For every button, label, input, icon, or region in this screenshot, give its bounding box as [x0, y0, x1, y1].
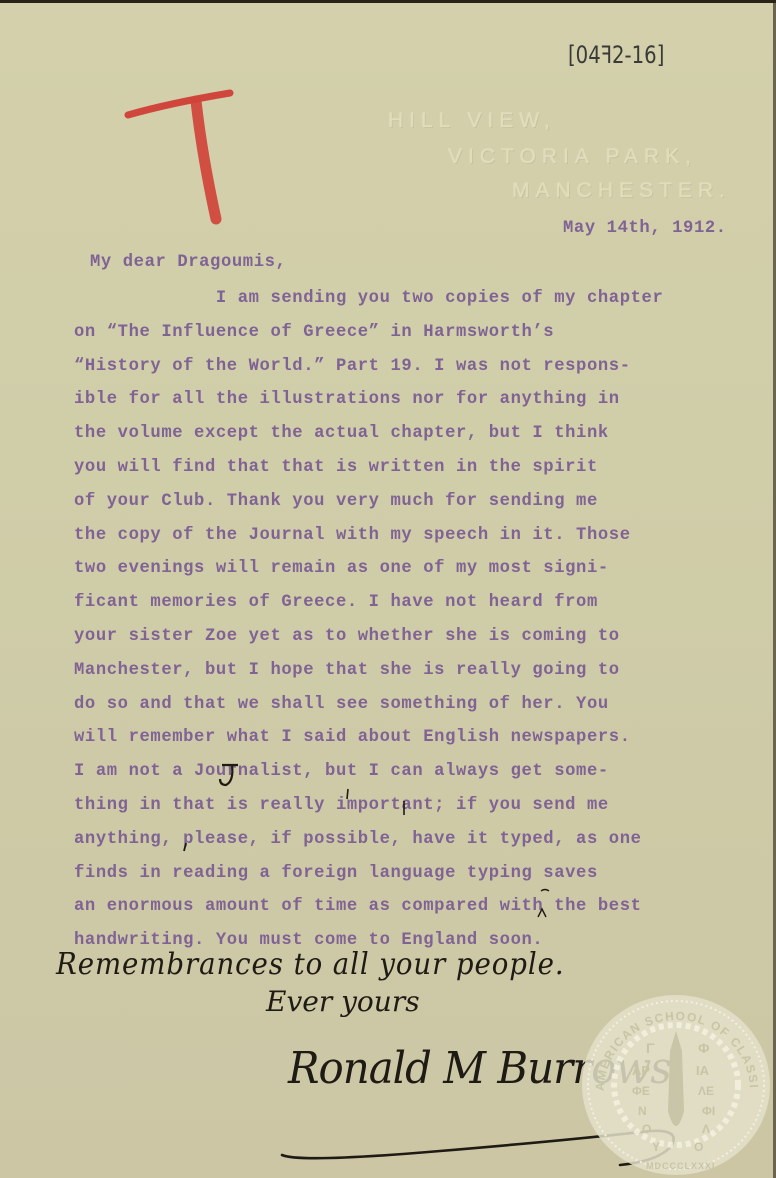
body-line: an enormous amount of time as compared w…: [74, 895, 663, 929]
body-line: finds in reading a foreign language typi…: [74, 862, 663, 896]
letterhead-line-1: HILL VIEW,: [388, 109, 556, 133]
svg-text:Ν: Ν: [638, 1104, 647, 1118]
salutation: My dear Dragoumis,: [90, 253, 286, 272]
svg-text:ΑΡ: ΑΡ: [632, 1063, 650, 1078]
svg-text:ΙΑ: ΙΑ: [696, 1063, 710, 1078]
archive-reference: [04ꟻ2-16]: [568, 41, 664, 69]
body-line: do so and that we shall see something of…: [74, 693, 663, 727]
red-pencil-t-mark: [120, 85, 240, 235]
svg-text:Λ: Λ: [702, 1122, 710, 1136]
svg-text:Φ: Φ: [698, 1040, 710, 1056]
body-line: thing in that is really important; if yo…: [74, 794, 663, 828]
body-line: ficant memories of Greece. I have not he…: [74, 591, 663, 625]
body-line: will remember what I said about English …: [74, 726, 663, 760]
handwritten-remembrance: Remembrances to all your people.: [56, 947, 565, 982]
svg-text:Ο: Ο: [694, 1140, 703, 1154]
svg-text:MDCCCLXXXI: MDCCCLXXXI: [646, 1161, 716, 1171]
body-line: the volume except the actual chapter, bu…: [74, 422, 663, 456]
letterhead-line-2: VICTORIA PARK,: [448, 145, 697, 169]
body-line: the copy of the Journal with my speech i…: [74, 524, 663, 558]
museum-seal-stamp: AMERICAN SCHOOL OF CLASSICAL STUDIES Γ Φ…: [578, 991, 774, 1177]
handwritten-closing: Ever yours: [266, 985, 420, 1018]
body-line: I am sending you two copies of my chapte…: [74, 287, 663, 321]
body-line: “History of the World.” Part 19. I was n…: [74, 355, 663, 389]
body-line: I am not a Journalist, but I can always …: [74, 760, 663, 794]
body-line: on “The Influence of Greece” in Harmswor…: [74, 321, 663, 355]
svg-text:ΛΕ: ΛΕ: [698, 1084, 714, 1098]
body-line: of your Club. Thank you very much for se…: [74, 490, 663, 524]
body-line: Manchester, but I hope that she is reall…: [74, 659, 663, 693]
svg-text:Υ: Υ: [652, 1140, 660, 1154]
svg-text:Ο: Ο: [642, 1122, 651, 1136]
letter-page: [04ꟻ2-16] HILL VIEW, VICTORIA PARK, MANC…: [0, 0, 776, 1178]
body-line: you will find that that is written in th…: [74, 456, 663, 490]
body-line: your sister Zoe yet as to whether she is…: [74, 625, 663, 659]
svg-text:ΦΕ: ΦΕ: [632, 1084, 650, 1098]
letter-date: May 14th, 1912.: [563, 219, 727, 238]
svg-text:Γ: Γ: [646, 1040, 655, 1056]
letter-body: I am sending you two copies of my chapte…: [74, 287, 663, 963]
body-line: two evenings will remain as one of my mo…: [74, 557, 663, 591]
svg-text:ΦΙ: ΦΙ: [702, 1104, 715, 1118]
body-line: ible for all the illustrations nor for a…: [74, 388, 663, 422]
letterhead-line-3: MANCHESTER.: [512, 179, 731, 203]
body-line: anything, please, if possible, have it t…: [74, 828, 663, 862]
